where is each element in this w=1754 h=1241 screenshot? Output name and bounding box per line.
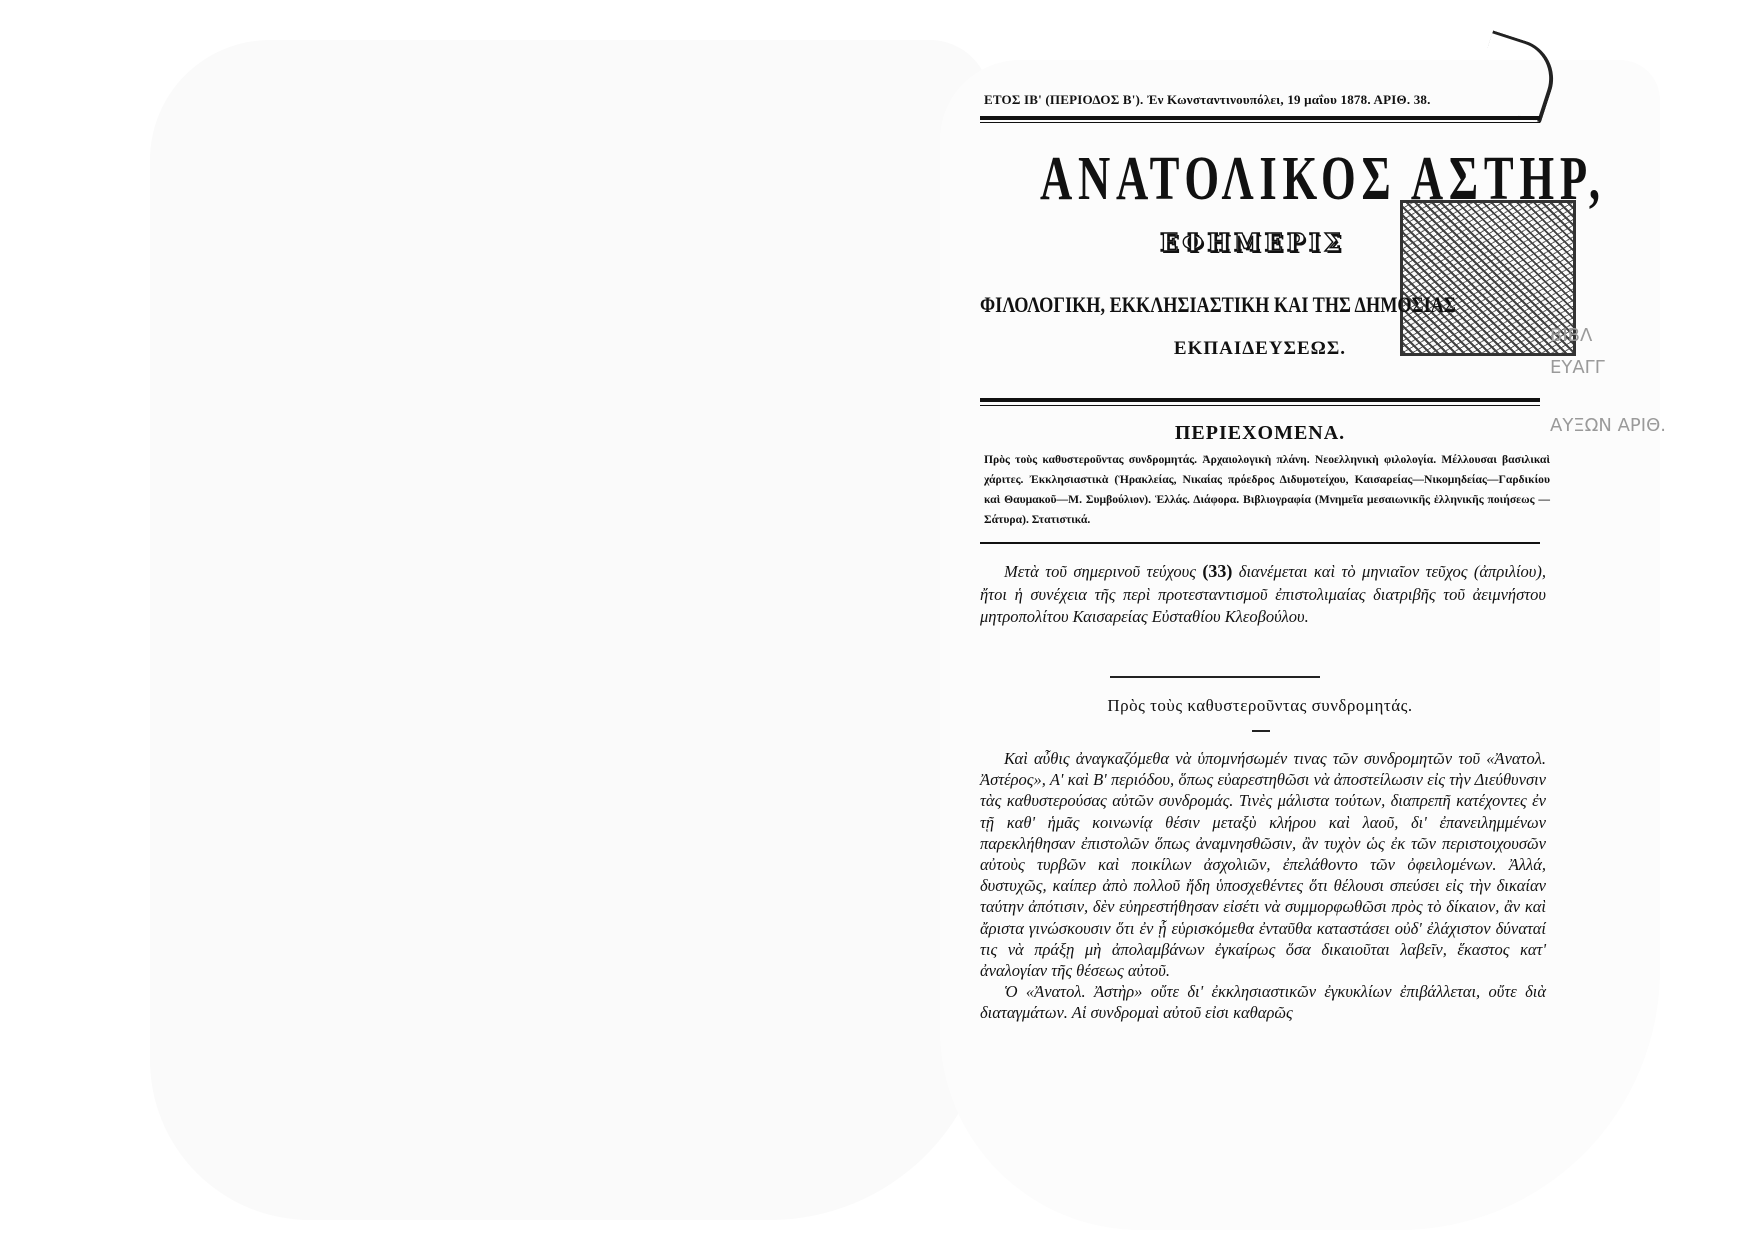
faint-stamp-text: ΒΙΒΛ ΕΥΑΓΓ ΑΥΞΩΝ ΑΡΙΘ. xyxy=(1550,320,1710,442)
stamp-line: ΒΙΒΛ xyxy=(1550,320,1710,352)
contents-heading: ΠΕΡΙΕΧΟΜΕΝΑ. xyxy=(960,422,1560,445)
notice-number: (33) xyxy=(1202,561,1232,581)
header-rule xyxy=(980,116,1540,120)
article-body: Καὶ αὖθις ἀναγκαζόμεθα νὰ ὑπομνήσωμέν τι… xyxy=(980,748,1546,1024)
handwritten-mark-icon xyxy=(1471,30,1564,122)
masthead-rule-thin xyxy=(980,405,1540,406)
masthead-tagline-2: ΕΚΠΑΙΔΕΥΣΕΩΣ. xyxy=(960,338,1560,360)
issue-number: ΑΡΙΘ. 38. xyxy=(1374,92,1431,107)
stamp-line: ΑΥΞΩΝ ΑΡΙΘ. xyxy=(1550,410,1710,442)
dateline: ΕΤΟΣ ΙΒ' (ΠΕΡΙΟΔΟΣ Β'). Ἐν Κωνσταντινουπ… xyxy=(984,92,1564,108)
contents-rule xyxy=(980,542,1540,544)
notice-paragraph: Μετὰ τοῦ σημερινοῦ τεύχους (33) διανέμετ… xyxy=(980,560,1546,629)
section-divider xyxy=(1110,676,1320,678)
masthead-rule xyxy=(980,398,1540,402)
section-title: Πρὸς τοὺς καθυστεροῦντας συνδρομητάς. xyxy=(960,696,1560,716)
article-paragraph: Ὁ «Ἀνατολ. Ἀστὴρ» οὔτε δι' ἐκκλησιαστικῶ… xyxy=(980,981,1546,1023)
title-dash xyxy=(1252,730,1270,732)
blank-left-page xyxy=(150,40,990,1220)
contents-list: Πρὸς τοὺς καθυστεροῦντας συνδρομητάς. Ἀρ… xyxy=(984,450,1550,530)
masthead-subtitle: ΕΦΗΜΕΡΙΣ xyxy=(1160,228,1345,257)
masthead-tagline: ΦΙΛΟΛΟΓΙΚΗ, ΕΚΚΛΗΣΙΑΣΤΙΚΗ ΚΑΙ ΤΗΣ ΔΗΜΟΣΙ… xyxy=(980,292,1461,318)
stamp-line: ΕΥΑΓΓ xyxy=(1550,352,1710,384)
header-rule-thin xyxy=(980,122,1540,123)
issue-label: ΕΤΟΣ ΙΒ' (ΠΕΡΙΟΔΟΣ Β'). xyxy=(984,92,1144,107)
place-date: Ἐν Κωνσταντινουπόλει, 19 μαΐου 1878. xyxy=(1147,92,1371,107)
notice-text: Μετὰ τοῦ σημερινοῦ τεύχους xyxy=(1004,562,1196,581)
article-paragraph: Καὶ αὖθις ἀναγκαζόμεθα νὰ ὑπομνήσωμέν τι… xyxy=(980,748,1546,981)
masthead-title: ΑΝΑΤΟΛΙΚΟΣ ΑΣΤΗΡ, xyxy=(1040,148,1400,210)
newspaper-page: ΕΤΟΣ ΙΒ' (ΠΕΡΙΟΔΟΣ Β'). Ἐν Κωνσταντινουπ… xyxy=(960,60,1560,1140)
